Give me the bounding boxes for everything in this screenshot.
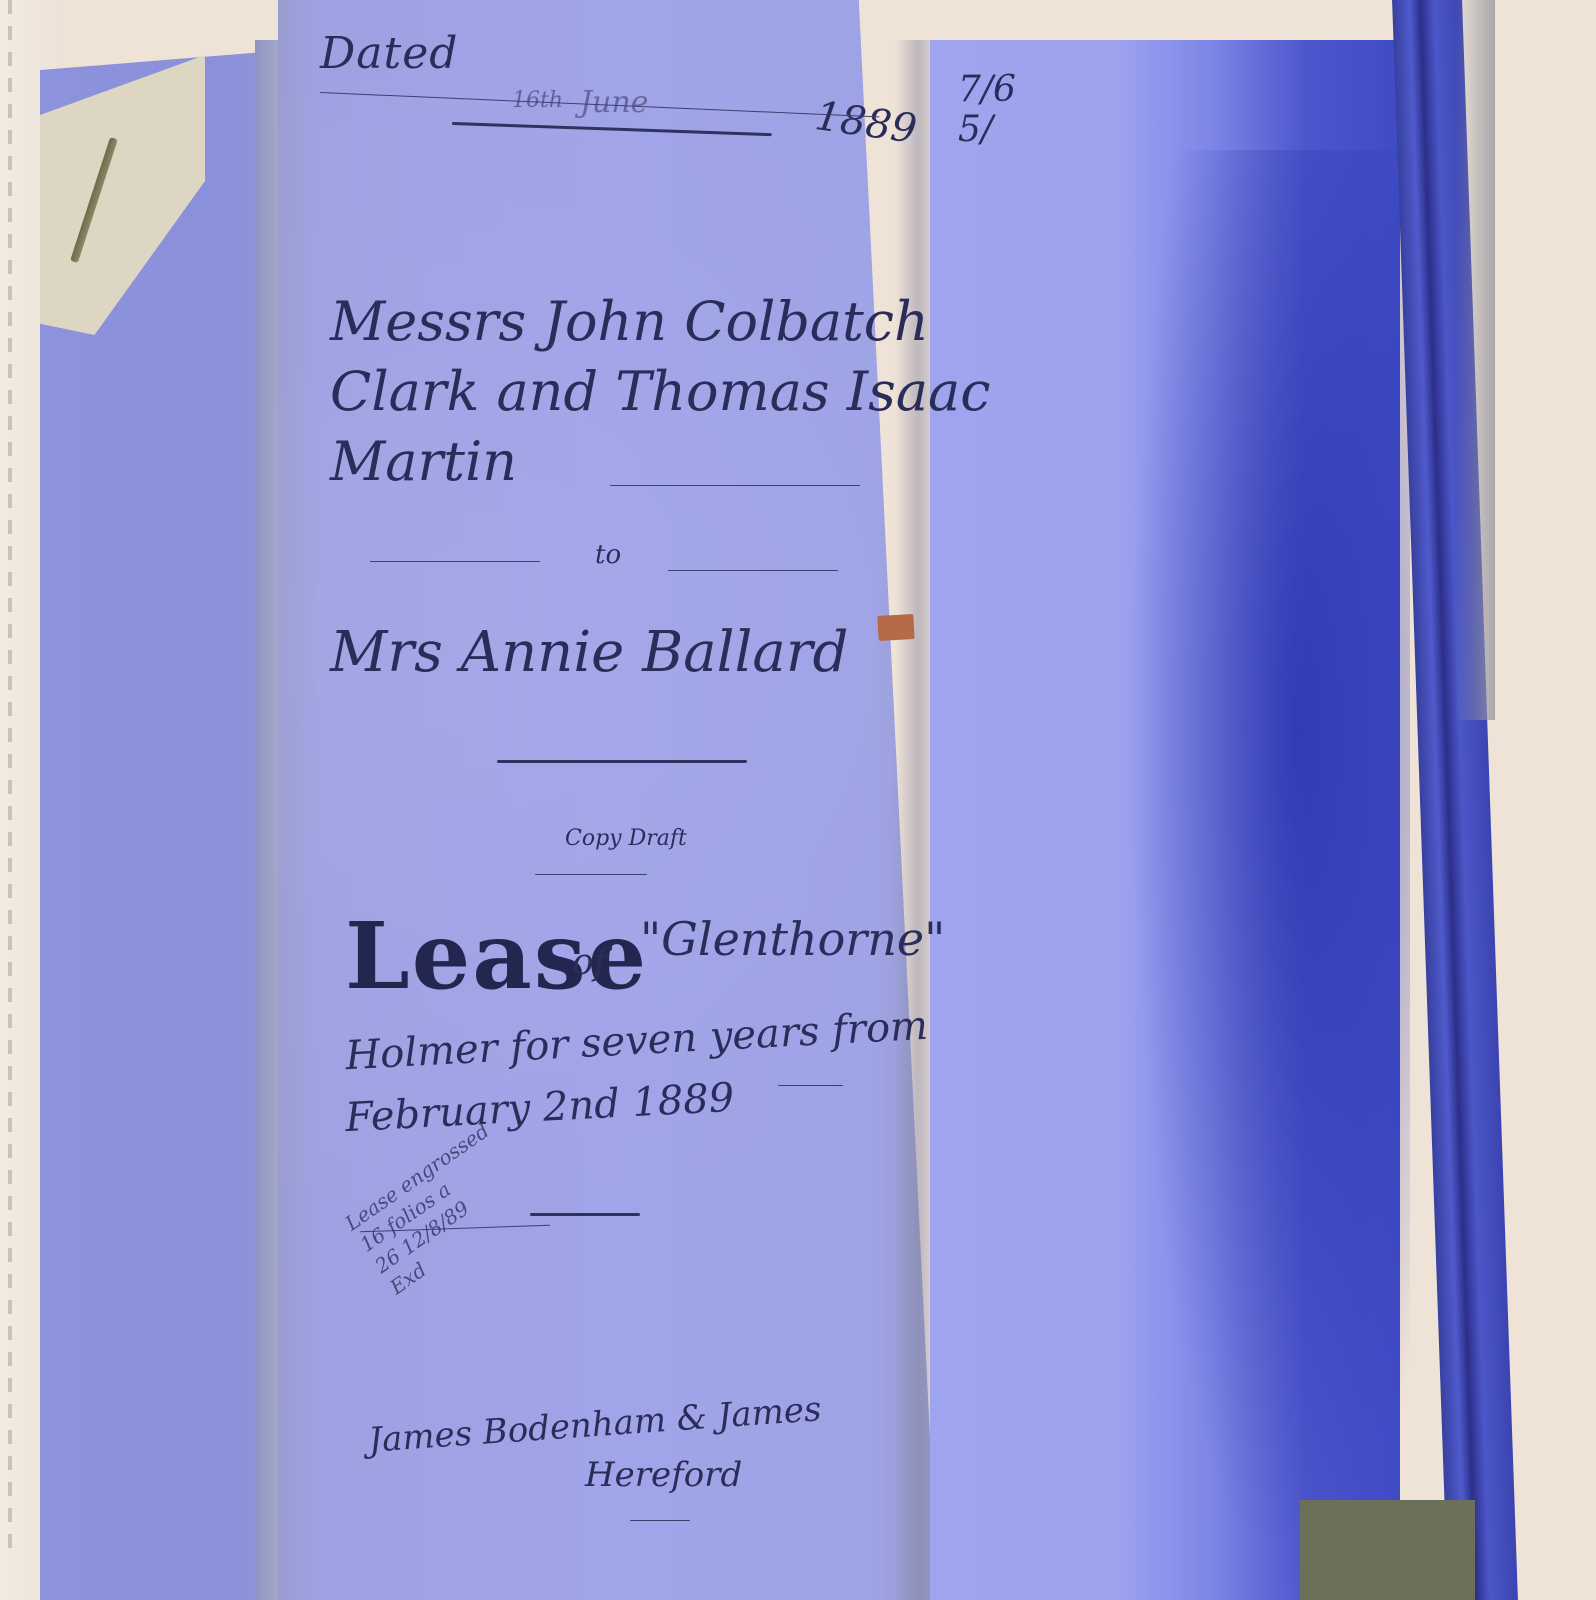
reference-note: 7/6 5/ bbox=[958, 70, 1016, 150]
copy-draft-underline bbox=[535, 874, 647, 875]
front-panel bbox=[278, 0, 938, 1600]
reference-note-line: 7/6 bbox=[958, 70, 1016, 110]
document-photo: Dated 16th June 1889 7/6 5/ Messrs John … bbox=[0, 0, 1596, 1600]
connector-to: to bbox=[595, 540, 621, 570]
underlying-page bbox=[1300, 1500, 1475, 1600]
to-rule-left bbox=[370, 561, 540, 562]
to-rule-right bbox=[668, 570, 838, 571]
right-panel-shadow bbox=[1130, 150, 1410, 1600]
dated-month: June bbox=[580, 85, 648, 120]
lessor-line: Martin bbox=[330, 430, 517, 493]
perforated-edge bbox=[8, 0, 12, 1560]
parties-rule bbox=[610, 485, 860, 486]
lessor-line: Clark and Thomas Isaac bbox=[330, 360, 990, 423]
dated-label: Dated bbox=[320, 28, 458, 79]
solicitors-location: Hereford bbox=[585, 1455, 742, 1495]
lessor-line: Messrs John Colbatch bbox=[330, 290, 929, 353]
bottom-rule-thick bbox=[530, 1213, 640, 1216]
reference-note-line: 5/ bbox=[958, 110, 1016, 150]
spine-shadow bbox=[1455, 0, 1495, 720]
property-name: "Glenthorne" bbox=[640, 912, 945, 966]
lessee-name: Mrs Annie Ballard bbox=[330, 620, 848, 685]
solicitors-underline bbox=[630, 1520, 690, 1521]
copy-draft-annotation: Copy Draft bbox=[565, 826, 687, 851]
lease-of: of bbox=[572, 942, 607, 983]
lessee-underline bbox=[497, 760, 747, 763]
terms-rule bbox=[778, 1085, 843, 1086]
wax-seal-fragment bbox=[877, 614, 914, 641]
